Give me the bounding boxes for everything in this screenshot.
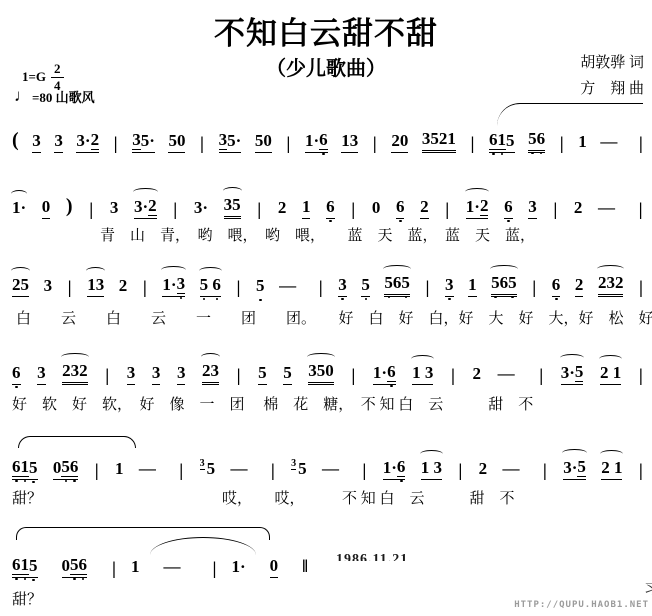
watermark-url: HTTP://QUPU.HAOB1.NET — [514, 600, 649, 610]
music-line-6: 615056|1—|1·0‖ — [12, 544, 644, 578]
music-line-3: 253|132|1·35 6|5—|35565|31565|62232| — [12, 263, 644, 297]
note-token: 5 — [258, 364, 267, 385]
bar-line: | — [450, 366, 456, 385]
note-token: 565 — [384, 274, 410, 297]
note-token: 0 — [372, 199, 381, 219]
note-token: 2 — [575, 276, 584, 297]
note-token: 56 — [528, 130, 545, 153]
note-token: 1· — [12, 199, 26, 219]
note-token: 0 — [270, 557, 279, 578]
note-token: 3 — [152, 364, 161, 385]
music-line-1: (333·2|35·50|35·50|1·613|203521|61556|1—… — [12, 119, 644, 153]
bar-line: | — [104, 366, 110, 385]
note-token: 3 — [44, 277, 53, 297]
note-token: 3 — [54, 132, 63, 153]
note-token: 0 — [42, 198, 51, 219]
note-token: — — [230, 460, 254, 480]
note-token: 1·6 — [305, 131, 328, 153]
note-token: 35 — [200, 460, 216, 480]
bar-line: | — [235, 278, 241, 297]
page-title: 不知白云甜不甜 — [0, 8, 652, 53]
note-token: 3·2 — [76, 131, 99, 153]
grace-note: 3 — [200, 459, 205, 470]
bar-line: | — [372, 134, 378, 153]
note-token: 1·2 — [466, 197, 489, 219]
note-token: 1· — [231, 558, 245, 578]
key-label: 1=G — [22, 69, 46, 85]
note-token: 6 — [552, 276, 561, 297]
note-token: 35· — [219, 131, 242, 153]
note-token: 1 — [115, 460, 124, 480]
bar-line: | — [559, 134, 565, 153]
note-token: 1 — [302, 198, 311, 219]
date-partial: 1986.11.21 — [336, 552, 408, 561]
credits: 胡敦骅 词 方 翔 曲 — [580, 50, 644, 103]
note-token: 2 — [479, 460, 488, 480]
note-token: 1 3 — [412, 364, 433, 385]
note-token: 3 — [177, 364, 186, 385]
bar-line: | — [361, 461, 367, 480]
bar-line: | — [256, 200, 262, 219]
note-token: 35· — [132, 131, 155, 153]
bar-line: | — [638, 461, 644, 480]
note-token: 3 — [127, 364, 136, 385]
note-token: 2 — [473, 365, 482, 385]
sheet-music-page: 不知白云甜不甜 （少儿歌曲） 胡敦骅 词 方 翔 曲 1=G 2 4 ♩ =80… — [0, 0, 652, 616]
note-token: 3·5 — [561, 363, 584, 385]
note-token: 615 — [12, 556, 38, 578]
note-token: 2 — [119, 277, 128, 297]
note-token: 5 — [256, 277, 265, 297]
note-token: — — [503, 460, 527, 480]
lyrics-line-4: 好 软 好 软， 好 像 一 团 棉 花 糖， 不 知 白 云 甜 不 — [12, 393, 533, 414]
subtitle: （少儿歌曲） — [0, 52, 652, 81]
bar-line: | — [199, 134, 205, 153]
bar-line: | — [444, 200, 450, 219]
note-token: 13 — [87, 276, 104, 297]
note-token: 25 — [12, 276, 29, 297]
note-token: 2 — [574, 199, 583, 219]
note-token: 3 — [445, 276, 454, 297]
music-line-5: 615056|1—|35—|35—|1·61 3|2—|3·52 1| — [12, 446, 644, 480]
note-token: 615 — [489, 131, 515, 153]
note-token: 232 — [598, 274, 624, 297]
note-token: 615 — [12, 458, 38, 480]
lyrics-line-3: 白 云 白 云 一 团 团。 好 白 好 白，好 大 好 大，好 松 好 松， — [16, 307, 652, 328]
note-token: 5 — [283, 364, 292, 385]
time-numerator: 2 — [51, 62, 64, 78]
note-token: 2 — [420, 198, 429, 219]
bar-line: | — [350, 200, 356, 219]
bar-line: | — [350, 366, 356, 385]
note-token: 350 — [308, 362, 334, 385]
note-token: 1·6 — [383, 458, 406, 480]
note-token: 5 6 — [200, 276, 221, 297]
bar-line: | — [638, 134, 644, 153]
lyrics-line-5: 甜？ 哎， 哎， 不 知 白 云 甜 不 — [12, 487, 515, 508]
bar-line: | — [236, 366, 242, 385]
bar-line: | — [285, 134, 291, 153]
note-token: 1 — [468, 276, 477, 297]
note-token: — — [598, 199, 622, 219]
note-token: — — [279, 277, 303, 297]
note-token: 232 — [62, 362, 88, 385]
bar-line: | — [531, 278, 537, 297]
note-token: 2 1 — [601, 459, 622, 480]
note-token: 1·3 — [162, 275, 185, 297]
bar-line: | — [67, 278, 73, 297]
bar-line: | — [142, 278, 148, 297]
note-token: — — [498, 365, 522, 385]
note-token: 6 — [396, 198, 405, 219]
bar-line: | — [552, 200, 558, 219]
quarter-note-icon: ♩ — [14, 86, 31, 106]
music-line-2: 1·0)|33·2|3·35|216|062|1·263|2—| — [12, 185, 644, 219]
bar-line: | — [178, 461, 184, 480]
bar-line: | — [211, 559, 217, 578]
tempo-marking: ♩ =80 山歌风 — [14, 86, 95, 106]
note-token: 5 — [361, 276, 370, 297]
note-token: 056 — [53, 458, 79, 480]
bar-line: | — [469, 134, 475, 153]
note-token: 3521 — [422, 130, 456, 153]
note-token: 1 — [131, 558, 140, 578]
bar-line: | — [111, 559, 117, 578]
note-token: 3·2 — [134, 197, 157, 219]
bar-line: | — [318, 278, 324, 297]
note-token: 13 — [341, 132, 358, 153]
bar-line: | — [88, 200, 94, 219]
note-token: 3 — [110, 199, 119, 219]
bar-line: | — [638, 366, 644, 385]
note-token: 3 — [528, 198, 537, 219]
note-token: 056 — [62, 556, 88, 578]
credit-composer: 方 翔 曲 — [580, 76, 644, 102]
bar-line: | — [638, 200, 644, 219]
bar-line: | — [457, 461, 463, 480]
note-token: 2 — [278, 199, 287, 219]
bar-line: | — [172, 200, 178, 219]
bar-line: | — [424, 278, 430, 297]
note-token: 3 — [37, 364, 46, 385]
bar-line: | — [638, 278, 644, 297]
lyrics-line-2: 青 山 青， 哟 喂， 哟 喂， 蓝 天 蓝， 蓝 天 蓝， — [100, 224, 535, 245]
note-token: 23 — [202, 362, 219, 385]
note-token: 3· — [194, 199, 208, 219]
note-token: 6 — [326, 198, 335, 219]
note-token: — — [163, 558, 187, 578]
note-token: 3·5 — [563, 458, 586, 480]
note-token: 2 1 — [600, 364, 621, 385]
note-token: ( — [12, 130, 19, 153]
phrase-slur-arc-line6 — [16, 527, 270, 540]
edge-cutoff-char: 习 — [644, 578, 652, 599]
note-token: 1 — [578, 133, 587, 153]
grace-note: 3 — [291, 459, 296, 470]
note-token: 1·6 — [373, 363, 396, 385]
note-token: 6 — [504, 198, 513, 219]
final-bar-line: ‖ — [302, 557, 307, 578]
bar-line: | — [94, 461, 100, 480]
bar-line: | — [270, 461, 276, 480]
note-token: — — [600, 133, 624, 153]
credit-lyricist: 胡敦骅 词 — [580, 50, 644, 76]
note-token: 6 — [12, 364, 21, 385]
tempo-text: =80 山歌风 — [32, 87, 95, 106]
note-token: 565 — [491, 274, 517, 297]
bar-line: | — [113, 134, 119, 153]
note-token: 35 — [224, 196, 241, 219]
lyrics-line-6: 甜？ — [12, 588, 42, 609]
note-token: 20 — [391, 132, 408, 153]
bar-line: | — [538, 366, 544, 385]
note-token: 50 — [255, 132, 272, 153]
note-token: 35 — [291, 460, 307, 480]
note-token: — — [322, 460, 346, 480]
note-token: 3 — [32, 132, 41, 153]
note-token: ) — [66, 196, 73, 219]
music-line-4: 63232|33323|55350|1·61 3|2—|3·52 1| — [12, 351, 644, 385]
note-token: 1 3 — [421, 459, 442, 480]
note-token: 3 — [338, 276, 347, 297]
note-token: 50 — [168, 132, 185, 153]
bar-line: | — [542, 461, 548, 480]
note-token: — — [139, 460, 163, 480]
